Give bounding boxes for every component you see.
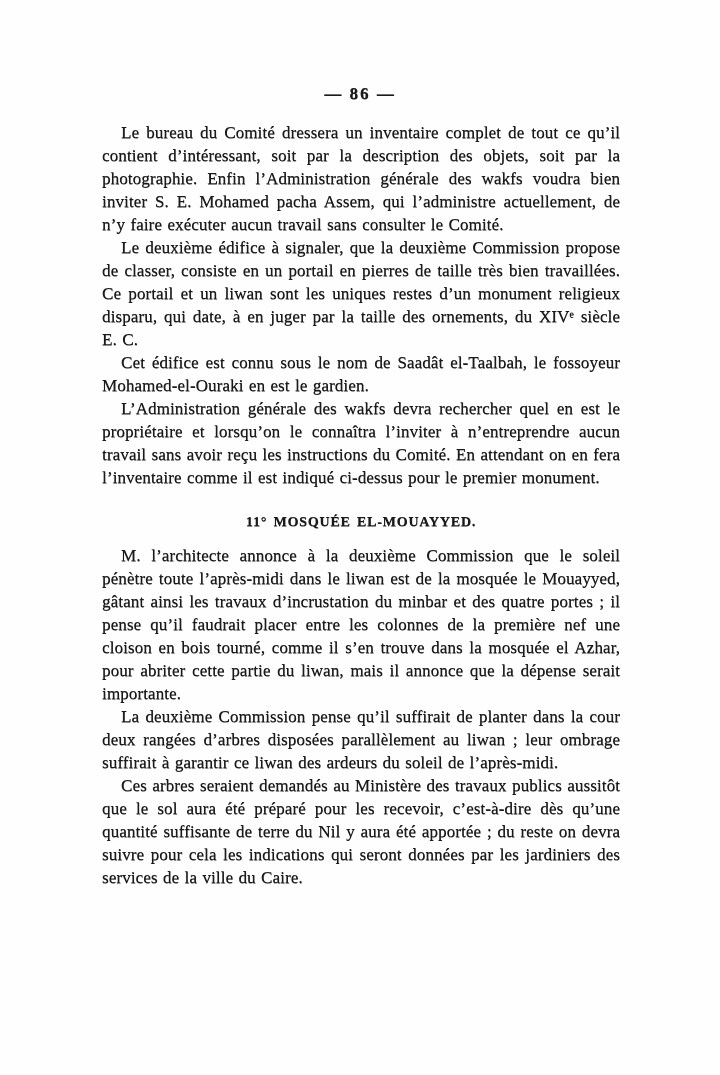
paragraph-administration-wakfs: L’Administration générale des wakfs devr… [102, 397, 620, 489]
page-number: — 86 — [0, 84, 720, 104]
text-block: Le bureau du Comité dressera un inventai… [102, 121, 620, 889]
paragraph-rangees-arbres: La deuxième Commission pense qu’il suffi… [102, 705, 620, 774]
document-page: — 86 — Le bureau du Comité dressera un i… [0, 0, 720, 1075]
paragraph-saadat-el-taalbah: Cet édifice est connu sous le nom de Saa… [102, 351, 620, 397]
paragraph-ministere-travaux-publics: Ces arbres seraient demandés au Ministèr… [102, 774, 620, 889]
paragraph-architecte-soleil: M. l’architecte annonce à la deuxième Co… [102, 544, 620, 705]
section-heading-mosquee-el-mouayyed: 11° MOSQUÉE EL-MOUAYYED. [102, 515, 620, 531]
paragraph-bureau-comite: Le bureau du Comité dressera un inventai… [102, 121, 620, 236]
paragraph-deuxieme-edifice: Le deuxième édifice à signaler, que la d… [102, 236, 620, 351]
